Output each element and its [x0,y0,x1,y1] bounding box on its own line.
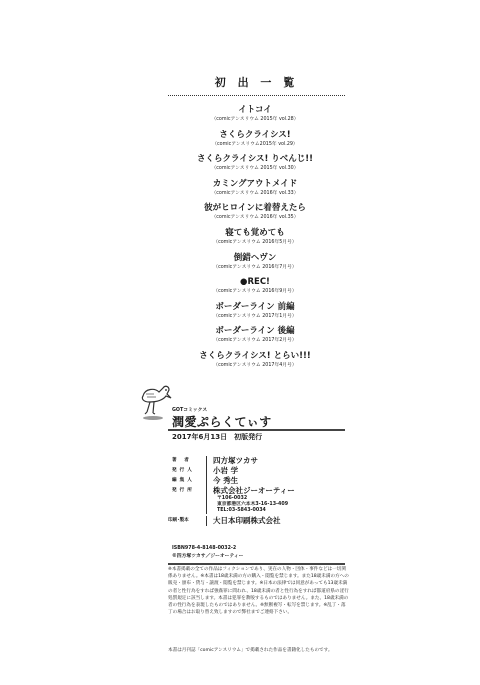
work-item: ●REC!（comicアンスリウム 2016年9月号） [140,276,370,301]
title-rule [168,429,345,431]
printer: 大日本印刷株式会社 [213,516,281,526]
divider [206,466,207,476]
first-appearance-heading: 初 出 一 覧 [168,74,345,90]
row-label: 編集人 [160,476,202,486]
row-label: 著 者 [160,456,202,466]
book-title: 潤愛ぷらくてぃす [172,413,272,430]
divider [206,516,207,526]
work-title: さくらクライシス! りべんじ!! [140,153,370,165]
work-source: （comicアンスリウム 2015年 vol.30） [140,165,370,172]
work-title: 彼がヒロインに着替えたら [140,202,370,214]
colophon-table: 著 者 四方塚ツカサ 発行人 小岩 学 編集人 今 秀生 発行所 株式会社ジーオ… [160,456,350,526]
work-source: （comicアンスリウム 2016年 vol.35） [140,214,370,221]
work-source: （comicアンスリウム 2017年1月号） [140,313,370,320]
phone: TEL:03-5843-0034 [213,508,295,514]
divider [206,456,207,466]
work-source: （comicアンスリウム 2016年9月号） [140,288,370,295]
work-item: さくらクライシス! りべんじ!!（comicアンスリウム 2015年 vol.3… [140,153,370,178]
work-item: さくらクライシス! とらい!!!（comicアンスリウム 2017年4月号） [140,350,370,375]
publisher-company: 株式会社ジーオーティー [213,486,295,496]
colophon-row: 発行所 株式会社ジーオーティー 〒106-0032 東京都港区六本木3-16-1… [160,486,350,514]
work-item: さくらクライシス!（comicアンスリウム2015年 vol.29） [140,129,370,154]
work-source: （comicアンスリウム2015年 vol.29） [140,141,370,148]
work-item: ボーダーライン 後編（comicアンスリウム 2017年2月号） [140,325,370,350]
work-source: （comicアンスリウム 2016年7月号） [140,264,370,271]
work-source: （comicアンスリウム 2016年5月号） [140,239,370,246]
work-title: 倒錯ヘヴン [140,252,370,264]
work-item: 彼がヒロインに着替えたら（comicアンスリウム 2016年 vol.35） [140,202,370,227]
row-label: 印刷･製本 [160,516,202,526]
colophon-row: 編集人 今 秀生 [160,476,350,486]
work-source: （comicアンスリウム 2016年 vol.33） [140,190,370,197]
colophon-row: 著 者 四方塚ツカサ [160,456,350,466]
dotted-divider [168,95,345,96]
work-item: イトコイ（comicアンスリウム 2015年 vol.28） [140,104,370,129]
row-label: 発行所 [160,486,202,514]
work-title: ●REC! [140,276,370,288]
colophon-row: 発行人 小岩 学 [160,466,350,476]
work-item: カミングアウトメイド（comicアンスリウム 2016年 vol.33） [140,178,370,203]
legal-notice: ※本書掲載の全ての作品はフィクションであり、実在の人物・団体・事件などは一切関係… [168,566,350,616]
work-title: ボーダーライン 前編 [140,301,370,313]
work-title: 寝ても覚めても [140,227,370,239]
work-item: 倒錯ヘヴン（comicアンスリウム 2016年7月号） [140,252,370,277]
author: 四方塚ツカサ [213,456,258,466]
work-source: （comicアンスリウム 2015年 vol.28） [140,116,370,123]
work-item: 寝ても覚めても（comicアンスリウム 2016年5月号） [140,227,370,252]
work-title: さくらクライシス! [140,129,370,141]
work-title: カミングアウトメイド [140,178,370,190]
isbn: ISBN978-4-8148-0032-2 [172,545,243,553]
imprint-label: GOTコミックス [172,406,207,413]
colophon-row: 印刷･製本 大日本印刷株式会社 [160,516,350,526]
work-source: （comicアンスリウム 2017年4月号） [140,362,370,369]
divider [206,476,207,486]
publisher-person: 小岩 学 [213,466,238,476]
work-title: イトコイ [140,104,370,116]
work-title: ボーダーライン 後編 [140,325,370,337]
work-title: さくらクライシス! とらい!!! [140,350,370,362]
publication-date: 2017年6月13日 初版発行 [172,432,262,442]
isbn-block: ISBN978-4-8148-0032-2 ©四方塚ツカサ／ジーオーティー [172,545,243,560]
source-note: 本書は月刊誌「comicアンスリウム」で掲載された作品を書籍化したものです。 [168,647,350,653]
row-label: 発行人 [160,466,202,476]
work-item: ボーダーライン 前編（comicアンスリウム 2017年1月号） [140,301,370,326]
editor: 今 秀生 [213,476,238,486]
copyright: ©四方塚ツカサ／ジーオーティー [172,553,243,561]
work-source: （comicアンスリウム 2017年2月号） [140,337,370,344]
divider [206,486,207,514]
bird-logo-icon [139,382,173,422]
notice-rule [168,563,345,565]
works-list: イトコイ（comicアンスリウム 2015年 vol.28） さくらクライシス!… [140,104,370,375]
